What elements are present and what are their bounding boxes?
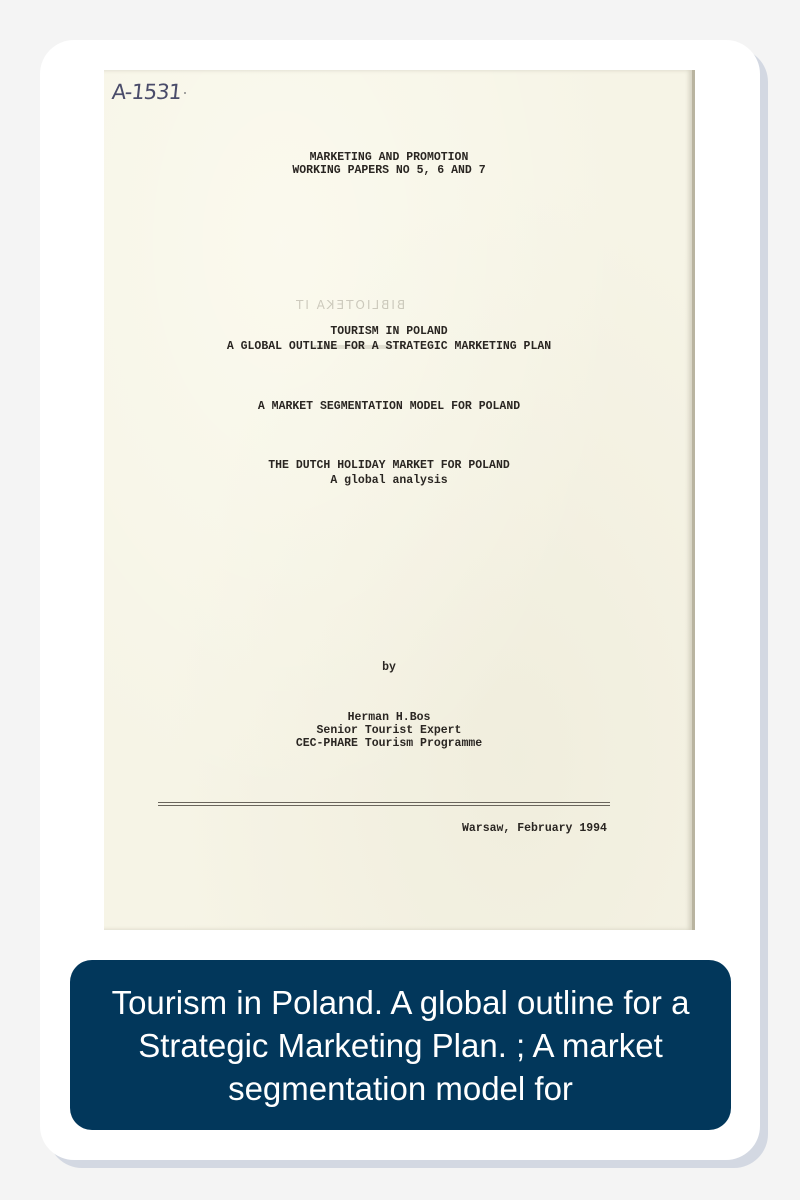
author-org: CEC-PHARE Tourism Programme	[104, 737, 674, 750]
author-role: Senior Tourist Expert	[104, 724, 674, 737]
paper1-subtitle: A GLOBAL OUTLINE FOR A STRATEGIC MARKETI…	[104, 340, 674, 353]
place-date: Warsaw, February 1994	[462, 822, 607, 835]
author-name: Herman H.Bos	[104, 711, 674, 724]
series-subtitle: WORKING PAPERS NO 5, 6 AND 7	[104, 164, 674, 177]
by-label: by	[104, 661, 674, 674]
ink-dot	[184, 92, 186, 94]
paper1-title: TOURISM IN POLAND	[104, 325, 674, 338]
library-stamp: BIBLIOTEKA IT	[294, 298, 405, 312]
divider-rule-top	[158, 802, 610, 803]
paper3-subtitle: A global analysis	[104, 474, 674, 487]
caption-banner[interactable]: Tourism in Poland. A global outline for …	[70, 960, 731, 1130]
caption-text: Tourism in Poland. A global outline for …	[90, 981, 711, 1110]
series-title: MARKETING AND PROMOTION	[104, 151, 674, 164]
document-page-scan: A-1531 MARKETING AND PROMOTION WORKING P…	[104, 70, 695, 930]
paper3-title: THE DUTCH HOLIDAY MARKET FOR POLAND	[104, 459, 674, 472]
divider-rule-bottom	[158, 805, 610, 806]
paper2-title: A MARKET SEGMENTATION MODEL FOR POLAND	[104, 400, 674, 413]
catalog-number: A-1531	[111, 80, 182, 104]
